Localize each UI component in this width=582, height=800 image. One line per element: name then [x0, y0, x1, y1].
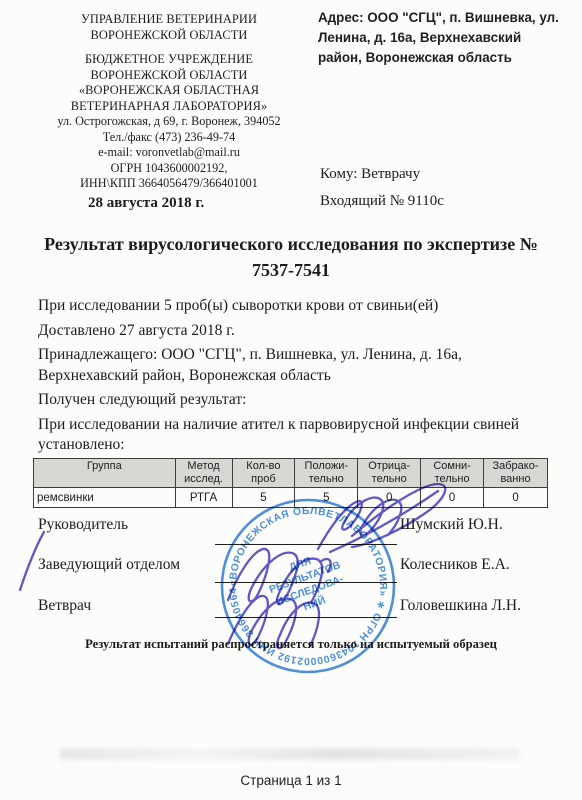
- org-ogrn-line: ОГРН 1043600002192,: [28, 161, 310, 177]
- body-paragraph: Доставлено 27 августа 2018 г.: [38, 321, 520, 342]
- org-line: УПРАВЛЕНИЕ ВЕТЕРИНАРИИ: [28, 12, 310, 28]
- incoming-number: Входящий № 9110с: [320, 193, 444, 210]
- document-date: 28 августа 2018 г.: [88, 195, 204, 212]
- body-paragraph: Принадлежащего: ООО "СГЦ", п. Вишневка, …: [38, 345, 520, 386]
- col-header-negative: Отрица-тельно: [358, 459, 421, 488]
- cell-group: ремсвинки: [34, 488, 176, 508]
- col-header-rejected: Забрако-ванно: [484, 459, 548, 488]
- letterhead-org-block: УПРАВЛЕНИЕ ВЕТЕРИНАРИИ ВОРОНЕЖСКОЙ ОБЛАС…: [28, 12, 310, 192]
- signature-role-veterinarian: Ветврач: [38, 597, 91, 615]
- recipient-address: Адрес: ООО "СГЦ", п. Вишневка, ул. Ленин…: [318, 8, 561, 68]
- org-line: ВОРОНЕЖСКОЙ ОБЛАСТИ: [28, 28, 310, 44]
- document-title: Результат вирусологического исследования…: [41, 231, 541, 283]
- org-line: ВЕТЕРИНАРНАЯ ЛАБОРАТОРИЯ»: [28, 99, 310, 115]
- signature-name-veterinarian: Головешкина Л.Н.: [400, 597, 521, 615]
- body-paragraph: При исследовании на наличие атител к пар…: [38, 415, 520, 456]
- document-body: При исследовании 5 проб(ы) сыворотки кро…: [38, 296, 520, 460]
- scanned-document-page: УПРАВЛЕНИЕ ВЕТЕРИНАРИИ ВОРОНЕЖСКОЙ ОБЛАС…: [0, 0, 582, 800]
- scan-artifact: [60, 748, 520, 760]
- col-header-positive: Положи-тельно: [295, 459, 358, 488]
- page-number: Страница 1 из 1: [0, 773, 582, 788]
- org-address-line: ул. Острогожская, д 69, г. Воронеж, 3940…: [28, 114, 310, 130]
- recipient-to-line: Кому: Ветврачу: [320, 166, 420, 183]
- signature-role-head-of-department: Заведующий отделом: [38, 556, 180, 574]
- col-header-group: Группа: [34, 459, 176, 488]
- col-header-method: Метод исслед.: [175, 459, 232, 488]
- org-email-line: e-mail: voronvetlab@mail.ru: [28, 145, 310, 161]
- org-inn-line: ИНН\КПП 3664056479/366401001: [28, 176, 310, 192]
- col-header-doubtful: Сомни-тельно: [421, 459, 484, 488]
- table-header-row: Группа Метод исслед. Кол-во проб Положи-…: [34, 459, 548, 488]
- signature-name-head-of-department: Колесников Е.А.: [400, 556, 510, 574]
- round-stamp: «ВОРОНЕЖСКАЯ ОБЛВЕТЛАБОРАТОРИЯ» ∗ ОГРН 1…: [216, 494, 400, 678]
- cell-rejected: 0: [484, 488, 548, 508]
- org-line: БЮДЖЕТНОЕ УЧРЕЖДЕНИЕ: [28, 52, 310, 68]
- cell-doubtful: 0: [421, 488, 484, 508]
- org-line: ВОРОНЕЖСКОЙ ОБЛАСТИ: [28, 68, 310, 84]
- signature-role-director: Руководитель: [38, 516, 128, 534]
- signature-name-director: Шумский Ю.Н.: [400, 516, 503, 534]
- body-paragraph: При исследовании 5 проб(ы) сыворотки кро…: [38, 296, 520, 317]
- col-header-sample-count: Кол-во проб: [232, 459, 295, 488]
- org-line: «ВОРОНЕЖСКАЯ ОБЛАСТНАЯ: [28, 83, 310, 99]
- body-paragraph: Получен следующий результат:: [38, 390, 520, 411]
- org-phone-line: Тел./факс (473) 236-49-74: [28, 130, 310, 146]
